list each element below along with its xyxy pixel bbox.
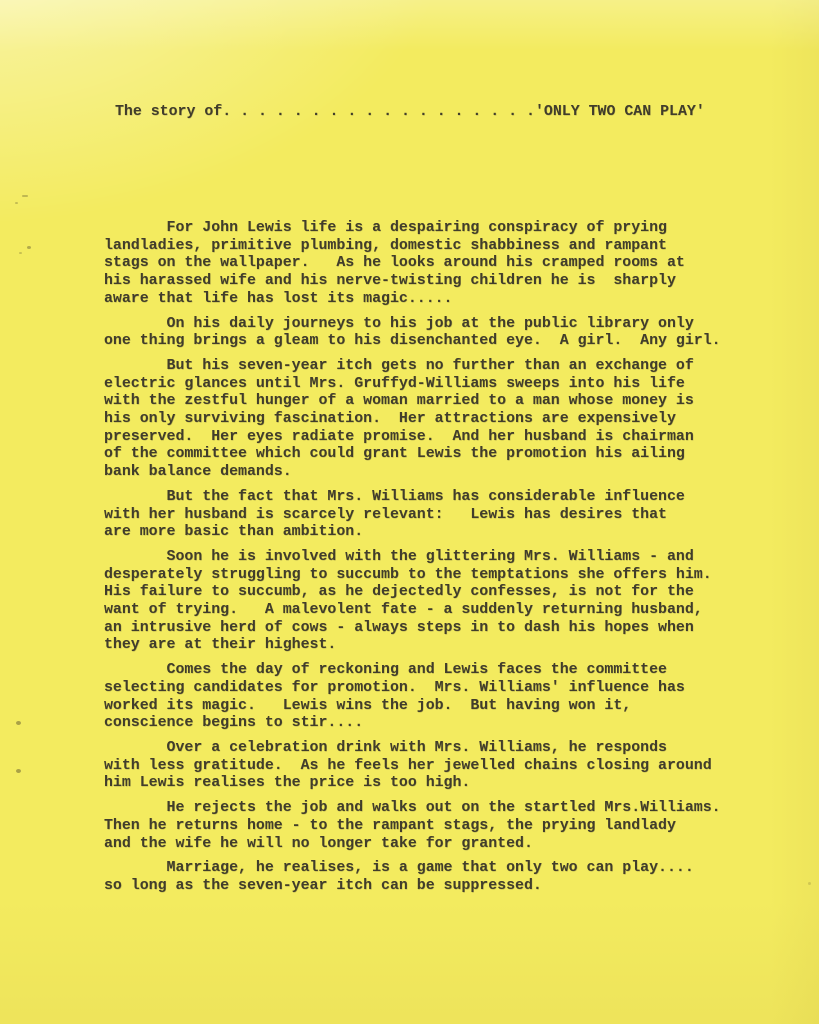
paper-speck (27, 246, 31, 249)
paper-speck (808, 882, 811, 885)
paper-speck (19, 252, 22, 254)
paper-speck (15, 202, 18, 204)
paragraph-mrs-williams: But his seven-year itch gets no further … (104, 358, 764, 482)
paper-speck (16, 769, 21, 773)
paper-page: The story of. . . . . . . . . . . . . . … (0, 0, 819, 1024)
paragraph-influence: But the fact that Mrs. Williams has cons… (104, 489, 764, 542)
paragraph-conclusion: Marriage, he realises, is a game that on… (104, 860, 764, 895)
document-title-line: The story of. . . . . . . . . . . . . . … (115, 104, 705, 122)
paper-speck (16, 721, 21, 725)
paper-speck (22, 195, 28, 197)
paragraph-intro: For John Lewis life is a despairing cons… (104, 220, 764, 309)
paragraph-celebration: Over a celebration drink with Mrs. Willi… (104, 740, 764, 793)
document-body: For John Lewis life is a despairing cons… (104, 220, 764, 903)
paragraph-library: On his daily journeys to his job at the … (104, 316, 764, 351)
paragraph-reckoning: Comes the day of reckoning and Lewis fac… (104, 662, 764, 733)
paragraph-temptations: Soon he is involved with the glittering … (104, 549, 764, 655)
paragraph-rejection: He rejects the job and walks out on the … (104, 800, 764, 853)
